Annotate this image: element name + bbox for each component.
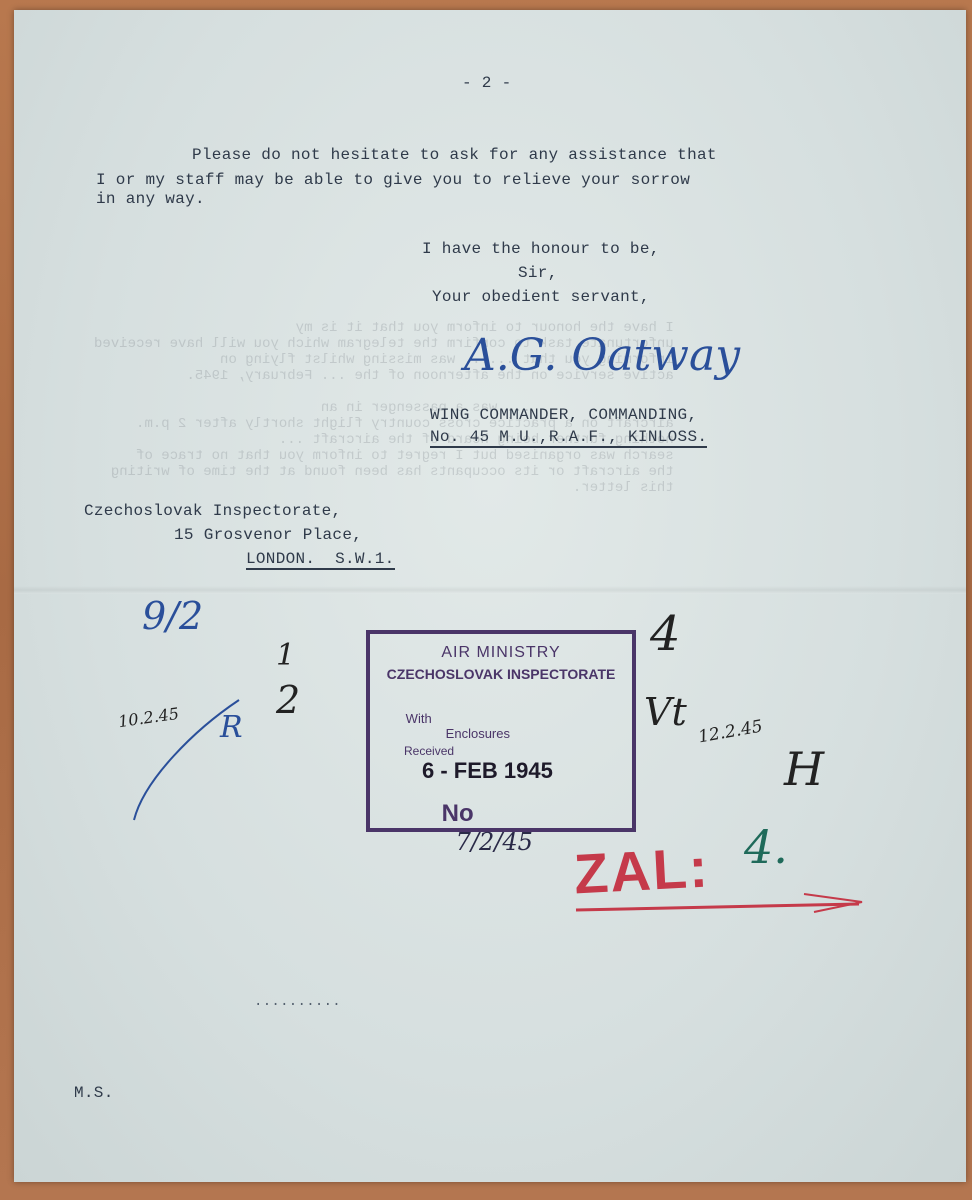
blue-pen-stroke bbox=[114, 690, 254, 830]
recipient-line-1: Czechoslovak Inspectorate, bbox=[84, 502, 341, 520]
page-number: - 2 - bbox=[462, 74, 512, 92]
stamp-with-label: With bbox=[406, 711, 432, 726]
note-initial-right: H bbox=[784, 742, 824, 796]
note-right-top: 4 bbox=[650, 606, 681, 662]
recipient-line-3: LONDON. S.W.1. bbox=[246, 550, 395, 570]
signatory-title: WING COMMANDER, COMMANDING, bbox=[430, 406, 697, 424]
stamp-line-1: AIR MINISTRY bbox=[370, 644, 632, 662]
closing-line-3: Your obedient servant, bbox=[432, 288, 650, 306]
red-underline bbox=[574, 890, 874, 920]
note-date-right: 12.2.45 bbox=[697, 717, 764, 748]
stamp-received-label: Received bbox=[404, 744, 454, 758]
recipient-line-2: 15 Grosvenor Place, bbox=[174, 526, 362, 544]
body-line-2: I or my staff may be able to give you to… bbox=[96, 171, 690, 189]
stamp-line-2: CZECHOSLOVAK INSPECTORATE bbox=[370, 666, 632, 682]
air-ministry-received-stamp: AIR MINISTRY CZECHOSLOVAK INSPECTORATE W… bbox=[366, 630, 636, 832]
note-2: 2 bbox=[276, 678, 300, 722]
closing-salutation: Sir, bbox=[518, 264, 558, 282]
stamp-number-value: 7/2/45 bbox=[456, 828, 533, 856]
signature: A.G. Oatway bbox=[464, 330, 740, 381]
letter-page: I have the honour to inform you that it … bbox=[14, 10, 966, 1182]
stamp-received-date: 6 - FEB 1945 bbox=[422, 758, 553, 783]
note-vt: Vt bbox=[644, 690, 687, 734]
body-line-1: Please do not hesitate to ask for any as… bbox=[192, 146, 717, 164]
zal-mark: 4. bbox=[744, 820, 788, 874]
note-1: 1 bbox=[276, 638, 295, 673]
paper-fold bbox=[14, 586, 966, 594]
stamp-number-label: No bbox=[442, 800, 474, 827]
signatory-unit: No. 45 M.U.,R.A.F., KINLOSS. bbox=[430, 428, 707, 448]
footer-initials: M.S. bbox=[74, 1084, 114, 1102]
body-line-3: in any way. bbox=[96, 190, 205, 208]
closing-line-1: I have the honour to be, bbox=[422, 240, 660, 258]
note-top-left: 9/2 bbox=[142, 594, 203, 638]
continuation-dots: .......... bbox=[254, 994, 341, 1010]
